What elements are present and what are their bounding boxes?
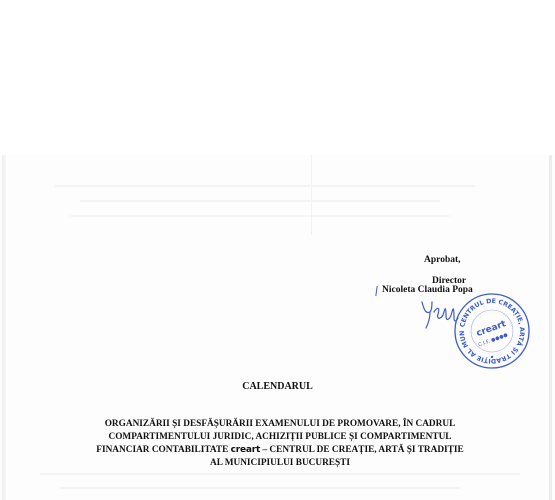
pen-mark (375, 286, 377, 296)
document-subtitle: ORGANIZĂRII ȘI DESFĂȘURĂRII EXAMENULUI D… (60, 418, 500, 470)
subtitle-line-1: ORGANIZĂRII ȘI DESFĂȘURĂRII EXAMENULUI D… (60, 418, 500, 431)
document-heading: CALENDARUL (0, 381, 555, 392)
page-right-edge (549, 155, 552, 500)
bleed-through-line (60, 487, 460, 489)
bleed-through-line (80, 200, 440, 202)
bleed-through-line (55, 185, 475, 187)
page-fold-line (311, 155, 312, 235)
subtitle-line-2: COMPARTIMENTULUI JURIDIC, ACHIZIȚII PUBL… (60, 431, 500, 444)
official-stamp-icon: CENTRUL DE CREAȚIE, ARTĂ ȘI TRADIȚIE AL … (452, 291, 532, 371)
page-left-edge (2, 155, 6, 500)
subtitle-line-3: FINANCIAR CONTABILITATE creart – CENTRUL… (60, 444, 500, 457)
bleed-through-line (40, 473, 520, 475)
bleed-through-line (70, 215, 450, 217)
subtitle-line-3-start: FINANCIAR CONTABILITATE (96, 445, 228, 455)
scanned-page: Aprobat, Director Nicoleta Claudia Popa … (0, 155, 555, 500)
document-viewport: Aprobat, Director Nicoleta Claudia Popa … (0, 0, 555, 500)
subtitle-line-4: AL MUNICIPIULUI BUCUREȘTI (60, 457, 500, 470)
subtitle-line-3-end: – CENTRUL DE CREAȚIE, ARTĂ ȘI TRADIȚIE (262, 445, 463, 455)
creart-logo: creart (231, 445, 261, 455)
approved-label: Aprobat, (424, 255, 461, 265)
